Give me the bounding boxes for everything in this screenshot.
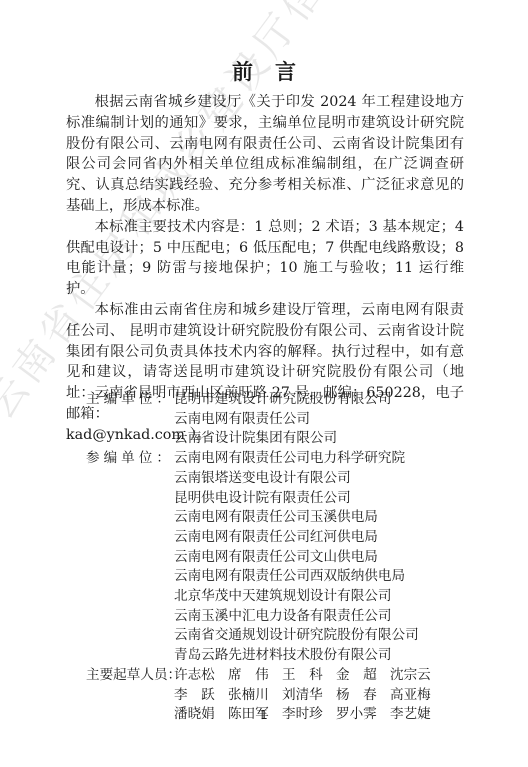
- chief-unit: 云南省设计院集团有限公司: [174, 429, 466, 449]
- chief-unit: 云南电网有限责任公司: [174, 410, 466, 430]
- drafters-line: 许志松 席 伟 王 科 金 超 沈宗云: [174, 666, 466, 686]
- drafter-name: 金 超: [336, 666, 390, 686]
- participating-unit: 云南省交通规划设计研究院股份有限公司: [174, 626, 466, 646]
- participating-unit: 云南电网有限责任公司玉溪供电局: [174, 508, 466, 528]
- drafters-line: 李 跃 张楠川 刘清华 杨 春 高亚梅: [174, 686, 466, 706]
- participating-unit: 云南电网有限责任公司文山供电局: [174, 548, 466, 568]
- participating-units-list: 云南电网有限责任公司电力科学研究院 云南银塔送变电设计有限公司 昆明供电设计院有…: [174, 449, 466, 666]
- chief-units-row: 主编单位： 昆明市建筑设计研究院股份有限公司 云南电网有限责任公司 云南省设计院…: [86, 390, 466, 449]
- participating-unit: 云南电网有限责任公司电力科学研究院: [174, 449, 466, 469]
- participating-unit: 云南电网有限责任公司红河供电局: [174, 528, 466, 548]
- participating-units-row: 参编单位： 云南电网有限责任公司电力科学研究院 云南银塔送变电设计有限公司 昆明…: [86, 449, 466, 666]
- participating-unit: 北京华茂中天建筑规划设计有限公司: [174, 587, 466, 607]
- drafter-name: 王 科: [282, 666, 336, 686]
- participating-unit: 云南电网有限责任公司西双版纳供电局: [174, 567, 466, 587]
- participating-unit: 青岛云路先进材料技术股份有限公司: [174, 646, 466, 666]
- drafter-name: 许志松: [174, 666, 228, 686]
- participating-unit: 昆明供电设计院有限责任公司: [174, 489, 466, 509]
- drafter-name: 刘清华: [282, 686, 336, 706]
- chief-units-list: 昆明市建筑设计研究院股份有限公司 云南电网有限责任公司 云南省设计院集团有限公司: [174, 390, 466, 449]
- paragraph-contents: 本标准主要技术内容是：1 总则；2 术语；3 基本规定；4 供配电设计；5 中压…: [66, 217, 464, 300]
- page-number: 1: [0, 708, 528, 722]
- credits-section: 主编单位： 昆明市建筑设计研究院股份有限公司 云南电网有限责任公司 云南省设计院…: [86, 390, 466, 725]
- document-page: 云南省住房和城乡建设厅信息中心浏览专用 前言 根据云南省城乡建设厅《关于印发 2…: [0, 0, 528, 767]
- drafter-name: 张楠川: [228, 686, 282, 706]
- drafter-name: 沈宗云: [390, 666, 444, 686]
- page-title: 前言: [0, 56, 528, 86]
- drafter-name: 李 跃: [174, 686, 228, 706]
- drafter-name: 席 伟: [228, 666, 282, 686]
- drafter-name: 杨 春: [336, 686, 390, 706]
- chief-unit: 昆明市建筑设计研究院股份有限公司: [174, 390, 466, 410]
- participating-unit: 云南银塔送变电设计有限公司: [174, 469, 466, 489]
- chief-units-label: 主编单位：: [86, 390, 174, 449]
- paragraph-background: 根据云南省城乡建设厅《关于印发 2024 年工程建设地方标准编制计划的通知》要求…: [66, 92, 464, 217]
- participating-units-label: 参编单位：: [86, 449, 174, 666]
- drafter-name: 高亚梅: [390, 686, 444, 706]
- participating-unit: 云南玉溪中汇电力设备有限责任公司: [174, 607, 466, 627]
